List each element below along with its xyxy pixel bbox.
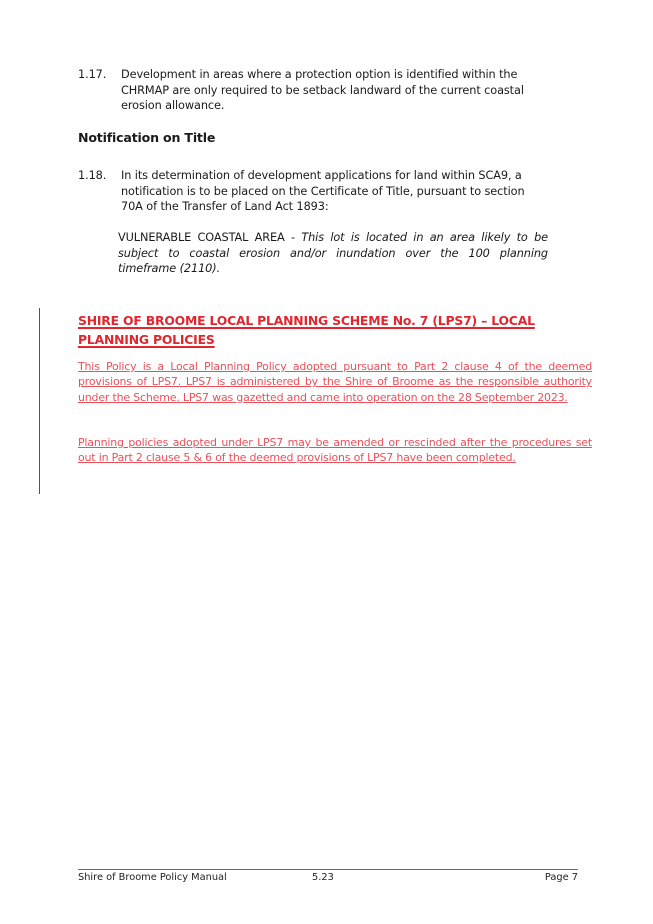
clause-number: 1.18. <box>78 168 120 184</box>
clause-text: Development in areas where a protection … <box>121 67 548 114</box>
clause-text: In its determination of development appl… <box>121 168 548 215</box>
lps7-heading: SHIRE OF BROOME LOCAL PLANNING SCHEME No… <box>78 311 598 349</box>
clause-1-18: 1.18. In its determination of developmen… <box>78 168 548 215</box>
title-notification-text: VULNERABLE COASTAL AREA - This lot is lo… <box>118 230 548 277</box>
footer-page-number: Page 7 <box>545 872 578 883</box>
footer-section-number: 5.23 <box>312 872 334 883</box>
document-page: 1.17. Development in areas where a prote… <box>0 0 653 924</box>
notification-label: VULNERABLE COASTAL AREA - <box>118 231 301 244</box>
lps7-paragraph-2: Planning policies adopted under LPS7 may… <box>78 435 592 466</box>
footer-divider <box>78 869 578 870</box>
clause-1-17: 1.17. Development in areas where a prote… <box>78 67 548 114</box>
tracked-change-bar <box>39 308 40 494</box>
section-heading: Notification on Title <box>78 130 215 145</box>
lps7-paragraph-1: This Policy is a Local Planning Policy a… <box>78 359 592 405</box>
footer-manual-title: Shire of Broome Policy Manual <box>78 872 227 883</box>
clause-number: 1.17. <box>78 67 120 83</box>
